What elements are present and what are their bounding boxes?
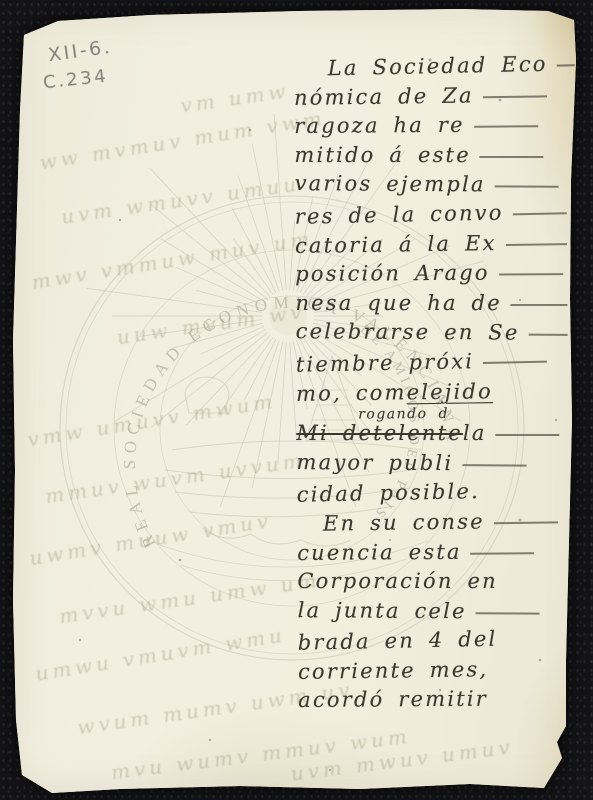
manuscript-line: acordó remitir xyxy=(298,687,570,718)
bleedthrough-stroke: uuw mvum wv xyxy=(115,299,307,349)
paper-shadow: REAL SOCIEDAD ECONOMICA VALENCIANA DE AM… xyxy=(0,0,593,800)
manuscript-line: Mi detelente la xyxy=(296,421,568,451)
manuscript-line: res de la convo xyxy=(295,199,568,234)
line-end-dash xyxy=(474,125,538,127)
manuscript-word: la xyxy=(463,421,487,445)
line-end-dash xyxy=(529,334,568,336)
bleedthrough-stroke: vm umw xyxy=(179,78,291,117)
line-end-dash xyxy=(495,186,559,188)
bleedthrough-stroke: umwu vmuvm wmu xyxy=(34,622,288,685)
manuscript-line: catoria á la Ex xyxy=(295,230,567,263)
manuscript-line: Corporación en xyxy=(297,569,569,599)
manuscript-line: cuencia esta xyxy=(297,539,569,570)
line-end-dash xyxy=(462,464,526,466)
manuscript-line: posición Arago xyxy=(295,260,567,291)
manuscript-word: cidad posible. xyxy=(296,479,480,507)
manuscript-word: acordó remitir xyxy=(298,687,488,712)
manuscript-line: tiembre próxi xyxy=(296,347,569,382)
line-end-dash xyxy=(480,156,544,158)
line-end-dash xyxy=(499,273,563,275)
manuscript-word: celebrarse en Se xyxy=(296,319,520,344)
line-end-dash xyxy=(506,243,567,246)
manuscript-word: la junta cele xyxy=(298,598,467,623)
manuscript-line: En su conse xyxy=(323,508,569,541)
paper-sheet: REAL SOCIEDAD ECONOMICA VALENCIANA DE AM… xyxy=(0,0,593,800)
bleedthrough-stroke: mmuv wuvm uvvum xyxy=(44,448,307,508)
manuscript-word: La Sociedad Eco xyxy=(328,52,548,80)
manuscript-word: corriente mes, xyxy=(298,657,489,684)
manuscript-line: nesa que ha de xyxy=(295,291,567,321)
line-end-dash xyxy=(483,361,547,364)
bleedthrough-stroke: vmw umuvv mwum xyxy=(26,388,278,451)
manuscript-line: varios ejempla xyxy=(295,172,567,203)
manuscript-word: En su conse xyxy=(323,509,485,535)
line-end-dash xyxy=(513,212,567,215)
catalog-number-pencil: C.234 xyxy=(42,66,109,94)
bleedthrough-stroke: uvm wmuvv umuu xyxy=(60,171,302,228)
manuscript-line: cidad posible. xyxy=(296,478,569,513)
manuscript-line: brada en 4 del xyxy=(298,626,571,661)
manuscript-text: La Sociedad Económica de Zaragoza ha rem… xyxy=(294,53,571,718)
line-end-dash xyxy=(511,304,568,306)
manuscript-word: nesa que ha de xyxy=(295,291,501,315)
manuscript-word: mo, com xyxy=(296,380,407,406)
manuscript-word: Corporación en xyxy=(297,569,497,593)
manuscript-word: nómica de Za xyxy=(294,83,474,109)
line-end-dash xyxy=(471,552,535,554)
manuscript-line: ragoza ha re xyxy=(294,112,566,143)
bleedthrough-stroke: mvvu wmu umw um xyxy=(58,568,322,628)
manuscript-line: corriente mes, xyxy=(298,656,570,689)
shelf-mark-pencil: XII-6. xyxy=(47,36,114,67)
line-end-dash xyxy=(483,95,547,98)
manuscript-line: celebrarse en Se xyxy=(296,319,568,350)
bleedthrough-stroke: uwmv muuw vmuv xyxy=(28,508,274,570)
manuscript-line: mayor publi xyxy=(296,450,568,481)
manuscript-line: mitido á este xyxy=(294,143,566,173)
manuscript-word: ragoza ha re xyxy=(294,113,465,138)
manuscript-word: tiembre próxi xyxy=(296,349,475,377)
manuscript-word: mayor publi xyxy=(297,450,454,475)
manuscript-word: catoria á la Ex xyxy=(295,231,497,258)
line-end-dash xyxy=(496,434,560,436)
manuscript-line: nómica de Za xyxy=(294,82,566,115)
manuscript-line: la junta cele xyxy=(298,598,570,629)
manuscript-line: La Sociedad Eco xyxy=(328,51,567,85)
line-end-dash xyxy=(494,521,558,524)
manuscript-word: elejido xyxy=(406,379,493,404)
manuscript-word: brada en 4 del xyxy=(298,627,498,655)
line-end-dash xyxy=(557,64,575,66)
manuscript-word: varios ejempla xyxy=(295,172,486,197)
manuscript-word: mitido á este xyxy=(294,143,470,167)
manuscript-word: Mi detelente xyxy=(296,421,463,445)
line-end-dash xyxy=(476,612,540,614)
bleedthrough-stroke: mwv vmmuw muv um xyxy=(30,226,315,294)
manuscript-word: res de la convo xyxy=(295,201,504,229)
manuscript-word: posición Arago xyxy=(295,261,490,286)
manuscript-word: cuencia esta xyxy=(297,539,462,564)
scanned-manuscript-page: { "archive_marks": { "shelf_mark_line1":… xyxy=(0,0,593,800)
